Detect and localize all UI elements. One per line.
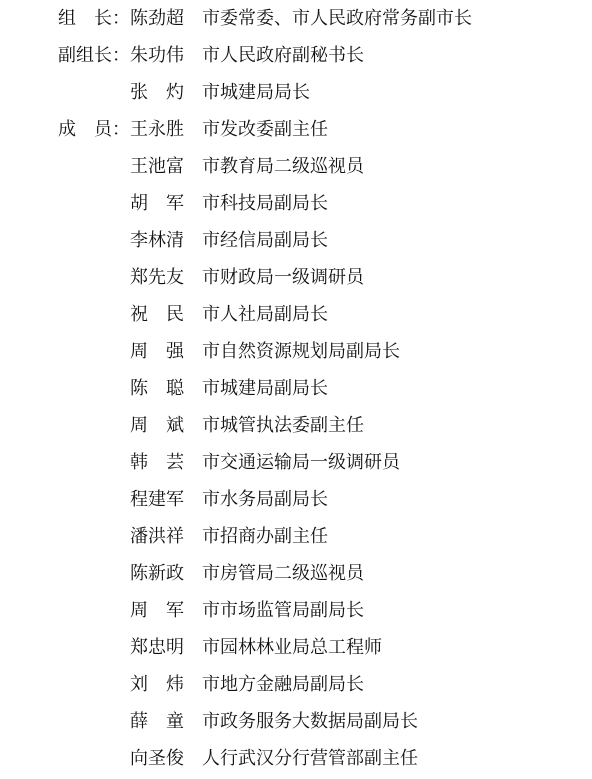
roster-row: 韩 芸 市交通运输局一级调研员 [0, 449, 592, 477]
member-name: 李林清 [130, 227, 186, 255]
member-title: 市自然资源规划局副局长 [202, 338, 400, 366]
roster-row: 周 军 市市场监管局副局长 [0, 597, 592, 625]
member-title: 市科技局副局长 [202, 190, 328, 218]
member-title: 市房管局二级巡视员 [202, 560, 364, 588]
role-label: 成 员： [58, 116, 130, 144]
member-title: 市城管执法委副主任 [202, 412, 364, 440]
member-name: 潘洪祥 [130, 523, 186, 551]
roster-row: 成 员： 王永胜 市发改委副主任 [0, 116, 592, 144]
member-title: 市委常委、市人民政府常务副市长 [202, 5, 472, 33]
roster-row: 李林清 市经信局副局长 [0, 227, 592, 255]
roster-row: 陈 聪 市城建局副局长 [0, 375, 592, 403]
roster-row: 周 斌 市城管执法委副主任 [0, 412, 592, 440]
member-name: 薛 童 [130, 708, 186, 736]
roster-row: 王池富 市教育局二级巡视员 [0, 153, 592, 181]
roster-row: 程建军 市水务局副局长 [0, 486, 592, 514]
member-title: 市城建局副局长 [202, 375, 328, 403]
member-title: 市人社局副局长 [202, 301, 328, 329]
member-title: 市招商办副主任 [202, 523, 328, 551]
member-name: 朱功伟 [130, 42, 186, 70]
member-name: 陈 聪 [130, 375, 186, 403]
member-title: 市教育局二级巡视员 [202, 153, 364, 181]
member-title: 市水务局副局长 [202, 486, 328, 514]
member-title: 市城建局局长 [202, 79, 310, 107]
member-title: 市地方金融局副局长 [202, 671, 364, 699]
roster-row: 祝 民 市人社局副局长 [0, 301, 592, 329]
member-title: 市人民政府副秘书长 [202, 42, 364, 70]
member-name: 向圣俊 [130, 745, 186, 773]
roster-row: 郑忠明 市园林林业局总工程师 [0, 634, 592, 662]
member-title: 市交通运输局一级调研员 [202, 449, 400, 477]
member-title: 市经信局副局长 [202, 227, 328, 255]
roster-row: 周 强 市自然资源规划局副局长 [0, 338, 592, 366]
member-name: 祝 民 [130, 301, 186, 329]
member-title: 市市场监管局副局长 [202, 597, 364, 625]
member-title: 人行武汉分行营管部副主任 [202, 745, 418, 773]
roster-row: 郑先友 市财政局一级调研员 [0, 264, 592, 292]
member-name: 王池富 [130, 153, 186, 181]
member-title: 市发改委副主任 [202, 116, 328, 144]
roster-row: 胡 军 市科技局副局长 [0, 190, 592, 218]
roster-row: 陈新政 市房管局二级巡视员 [0, 560, 592, 588]
member-name: 王永胜 [130, 116, 186, 144]
roster-row: 刘 炜 市地方金融局副局长 [0, 671, 592, 699]
member-name: 陈新政 [130, 560, 186, 588]
member-name: 韩 芸 [130, 449, 186, 477]
member-name: 郑先友 [130, 264, 186, 292]
member-name: 张 灼 [130, 79, 186, 107]
role-label: 副组长： [58, 42, 130, 70]
member-name: 刘 炜 [130, 671, 186, 699]
roster-row: 薛 童 市政务服务大数据局副局长 [0, 708, 592, 736]
member-name: 胡 军 [130, 190, 186, 218]
member-name: 陈劲超 [130, 5, 186, 33]
member-name: 周 斌 [130, 412, 186, 440]
member-title: 市财政局一级调研员 [202, 264, 364, 292]
member-name: 周 军 [130, 597, 186, 625]
roster-row: 组 长： 陈劲超 市委常委、市人民政府常务副市长 [0, 5, 592, 33]
roster-row: 张 灼 市城建局局长 [0, 79, 592, 107]
roster-row: 潘洪祥 市招商办副主任 [0, 523, 592, 551]
member-name: 郑忠明 [130, 634, 186, 662]
member-title: 市政务服务大数据局副局长 [202, 708, 418, 736]
member-title: 市园林林业局总工程师 [202, 634, 382, 662]
role-label: 组 长： [58, 5, 130, 33]
member-name: 程建军 [130, 486, 186, 514]
roster-row: 副组长： 朱功伟 市人民政府副秘书长 [0, 42, 592, 70]
roster-row: 向圣俊 人行武汉分行营管部副主任 [0, 745, 592, 773]
member-name: 周 强 [130, 338, 186, 366]
